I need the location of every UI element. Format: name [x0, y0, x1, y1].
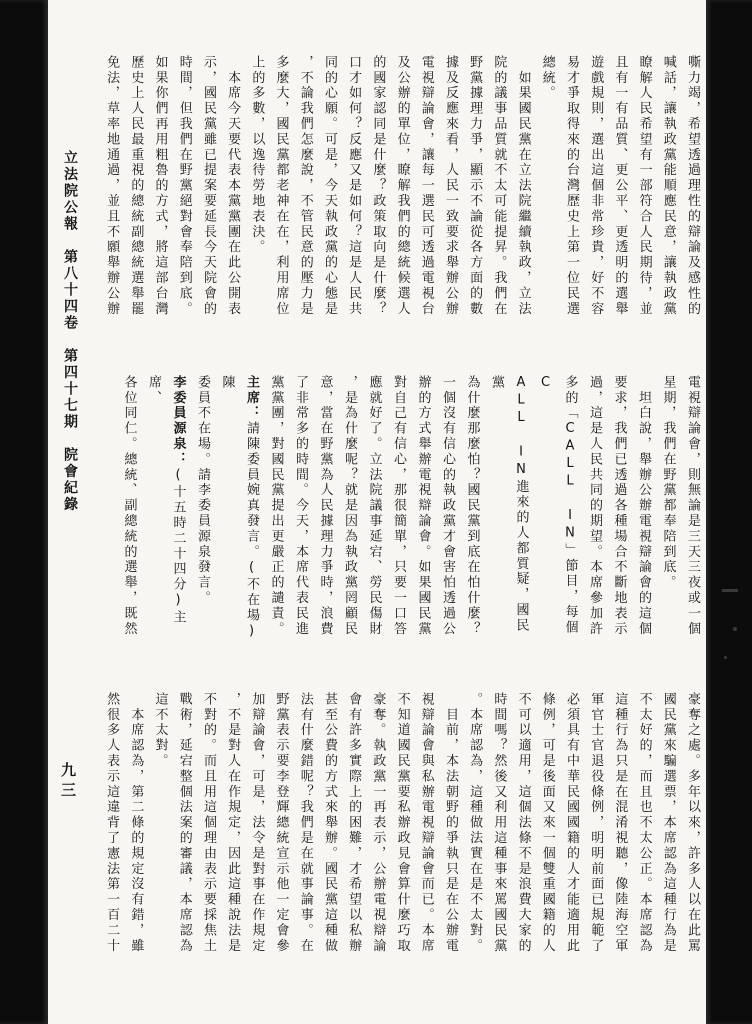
text-column: 的國家認同是什麼？政策取向是什麼？ [365, 55, 389, 321]
text-column: 要求，我們已透過各種場合不斷地表示 [606, 375, 631, 641]
gazette-header: 立法院公報 第八十四卷 第四十七期 院會紀錄 [60, 150, 80, 510]
text-column: 這不太對。 [147, 692, 171, 958]
text-column: 了非常多的時間。今天，本席代表民進 [288, 375, 313, 641]
text-column: 野黨據理力爭，顯示不論從各方面的數 [462, 55, 486, 321]
text-column: 李委員源泉：(十五時二十四分)主席、 [141, 375, 190, 641]
text-column: 時間，但我們在野黨絕對會奉陪到底。 [172, 55, 196, 321]
text-column: 法有什麼錯呢？我們是在就事論事。在 [293, 692, 317, 958]
text-column: 院的議事品質就不太可能提昇。我們在 [486, 55, 510, 321]
text-column: 視辯論會與私辦電視辯論會而已。本席 [414, 692, 438, 958]
text-column: 是在野黨與執政黨一致的願望，則今天 [114, 375, 116, 641]
text-column: 如果國民黨在立法院繼續執政，立法 [510, 55, 534, 321]
text-column: 應就好了。立法院議事延宕、勞民傷財 [361, 375, 386, 641]
gazette-scan-page: 立法院公報 第八十四卷 第四十七期 院會紀錄 九三 嘶力竭，希望透過理性的辯論及… [0, 0, 752, 1024]
text-column: 及公辦的單位，瞭解我們的總統候選人 [389, 55, 413, 321]
text-band-top: 嘶力竭，希望透過理性的辯論及感性的喊話，讓執政黨能順應民意，讓執政黨瞭解人民希望… [98, 55, 704, 321]
text-column: 易才爭取得來的台灣歷史上第一位民選 [559, 55, 583, 321]
text-band-bottom: 豪奪之處。多年以來，許多人以在此罵國民黨來騙選票，本席認為這種行為是不太好的，而… [98, 692, 704, 958]
text-column: 對自己有信心，那很簡單，只要一口答 [386, 375, 411, 641]
text-column: 野黨表示要李登輝總統宣示他一定會參 [268, 692, 292, 958]
scan-speck [722, 589, 738, 592]
text-column: 過，這是人民共同的期望。本席參加許 [582, 375, 607, 641]
scan-speck [733, 627, 737, 631]
text-column: 黨黨團，對國民黨提出更嚴正的譴責。 [263, 375, 288, 641]
text-column: 且有一有品質、更公平、更透明的選舉 [607, 55, 631, 321]
text-column: 委員不在場。請李委員源泉發言。 [190, 375, 215, 641]
text-column: 各位同仁。總統、副總統的選舉，既然 [116, 375, 141, 641]
text-column: 意，當在野黨為人民據理力爭時，浪費 [312, 375, 337, 641]
scan-speck [724, 656, 727, 659]
speaker-name: 李委員源泉： [171, 375, 186, 467]
text-column: ALL IN進來的人都質疑，國民黨 [484, 375, 533, 641]
text-column: 一個沒有信心的執政黨才會害怕透過公 [435, 375, 460, 641]
text-column: 喊話，讓執政黨能順應民意，讓執政黨 [656, 55, 680, 321]
text-column: 據及反應來看，人民一致要求舉辦公辦 [438, 55, 462, 321]
text-column: 歷史上人民最重視的總統副總統選舉罷 [123, 55, 147, 321]
text-column: 主席：請陳委員婉真發言。(不在場)陳 [214, 375, 263, 641]
text-column: 口才如何？反應又是如何？這是人民共 [341, 55, 365, 321]
text-column: 遊戲規則，選出這個非常珍貴，好不容 [583, 55, 607, 321]
text-column: 條例，可是後面又來一個雙重國籍的人 [535, 692, 559, 958]
text-column: 電視辯論會，讓每一選民可透過電視台 [414, 55, 438, 321]
text-column: 戰術，延宕整個法案的審議，本席認為 [172, 692, 196, 958]
text-column: 軍官士官退役條例，明明前面已規範了 [583, 692, 607, 958]
text-column: 上的多數，以逸待勞地表決。 [244, 55, 268, 321]
text-column: 辦的方式舉辦電視辯論會。如果國民黨 [410, 375, 435, 641]
text-column: ，是為什麼呢？就是因為執政黨罔顧民 [337, 375, 362, 641]
page-number: 九三 [58, 762, 79, 822]
text-column: 嘶力竭，希望透過理性的辯論及感性的 [680, 55, 704, 321]
scan-edge-bar-left [0, 0, 48, 1024]
text-column: 免法，草率地通過，並且不願舉辦公辦 [99, 55, 123, 321]
scan-edge-bar-right [706, 0, 752, 1024]
text-column: 甚至公費的方式來舉辦。國民黨這種做 [317, 692, 341, 958]
text-column: 加辯論會，可是，法令是對事在作規定 [244, 692, 268, 958]
text-column: 必須具有中華民國國籍的人才能適用此 [559, 692, 583, 958]
text-column: 瞭解人民希望有一部符合人民期待，並 [631, 55, 655, 321]
text-column: 目前，本法朝野的爭執只是在公辦電 [438, 692, 462, 958]
text-column: 不可以適用，這個法條不是浪費大家的 [510, 692, 534, 958]
text-column: 豪奪。執政黨一再表示，公辦電視辯論 [365, 692, 389, 958]
text-column: 不知道國民黨要私辦政見會算什麼巧取 [389, 692, 413, 958]
text-column: 電視辯論會，則無論是三天三夜或一個 [680, 375, 705, 641]
text-column: 會有許多實際上的困難，才希望以私辦 [341, 692, 365, 958]
text-band-middle: 電視辯論會，則無論是三天三夜或一個星期，我們在野黨都奉陪到底。 坦白說，舉辦公辦… [114, 375, 704, 641]
text-column: 為什麼那麼怕？國民黨到底在怕什麼？ [459, 375, 484, 641]
text-column: 本席今天要代表本黨黨團在此公開表 [220, 55, 244, 321]
text-column: 然很多人表示這違背了憲法第一百二十 [99, 692, 123, 958]
text-column: 星期，我們在野黨都奉陪到底。 [655, 375, 680, 641]
text-column: 時間嗎？然後又利用這種事來罵國民黨 [486, 692, 510, 958]
text-column: 如果你們再用粗魯的方式，將這部台灣 [147, 55, 171, 321]
text-column: 豪奪之處。多年以來，許多人以在此罵 [680, 692, 704, 958]
text-column: 。本席認為，這種做法實在是不太對。 [462, 692, 486, 958]
text-column: 坦白說，舉辦公辦電視辯論會的這個 [631, 375, 656, 641]
text-column: 同的心願。可是，今天執政黨的心態是 [317, 55, 341, 321]
text-column: 總統。 [535, 55, 559, 321]
speaker-name: 主席： [244, 375, 259, 421]
text-column: 這種行為只是在混淆視聽，像陸海空軍 [607, 692, 631, 958]
text-column: ，不論我們怎麼說，不管民意的壓力是 [293, 55, 317, 321]
text-column: 不對的。而且用這個理由表示要採焦土 [196, 692, 220, 958]
text-column: 多的「CALL IN」節目，每個C [533, 375, 582, 641]
text-column: 國民黨來騙選票，本席認為這種行為是 [656, 692, 680, 958]
text-column: 示，國民黨雖已提案要延長今天院會的 [196, 55, 220, 321]
text-column: ，不是對人在作規定，因此這種說法是 [220, 692, 244, 958]
text-column: 本席認為，第二條的規定沒有錯，雖 [123, 692, 147, 958]
text-column: 不太好的，而且也不太公正。本席認為 [631, 692, 655, 958]
text-column: 多麼大，國民黨都老神在在，利用席位 [268, 55, 292, 321]
